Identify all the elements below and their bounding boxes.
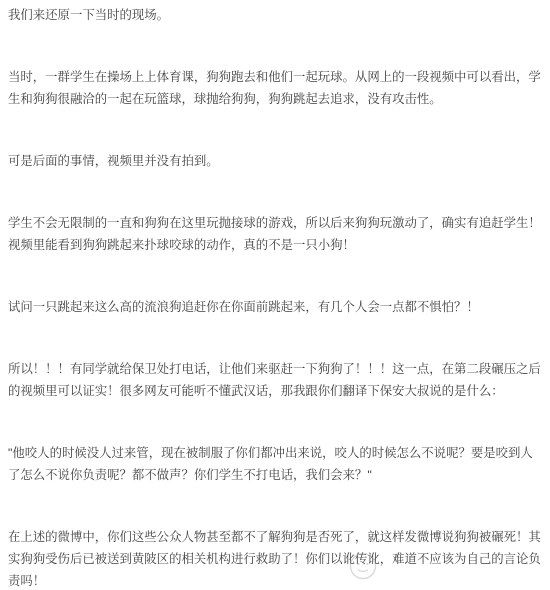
paragraph: 所以！！！有同学就给保卫处打电话，让他们来驱赶一下狗狗了！！！这一点，在第二段碾… xyxy=(8,358,542,402)
paragraph: 试问一只跳起来这么高的流浪狗追赶你在你面前跳起来，有几个人会一点都不惧怕？！ xyxy=(8,296,542,318)
paragraph: 学生不会无限制的一直和狗狗在这里玩抛接球的游戏，所以后来狗狗玩激动了，确实有追赶… xyxy=(8,212,542,256)
paragraph: 在上述的微博中，你们这些公众人物甚至都不了解狗狗是否死了，就这样发微博说狗狗被碾… xyxy=(8,526,542,590)
paragraph: 我们来还原一下当时的现场。 xyxy=(8,4,542,26)
paragraph: 可是后面的事情，视频里并没有拍到。 xyxy=(8,150,542,172)
paragraph: 当时，一群学生在操场上上体育课，狗狗跑去和他们一起玩球。从网上的一段视频中可以看… xyxy=(8,66,542,110)
paragraph: "他咬人的时候没人过来管，现在被制服了你们都冲出来说，咬人的时候怎么不说呢？要是… xyxy=(8,442,542,486)
article-page: 我们来还原一下当时的现场。 当时，一群学生在操场上上体育课，狗狗跑去和他们一起玩… xyxy=(0,0,550,590)
